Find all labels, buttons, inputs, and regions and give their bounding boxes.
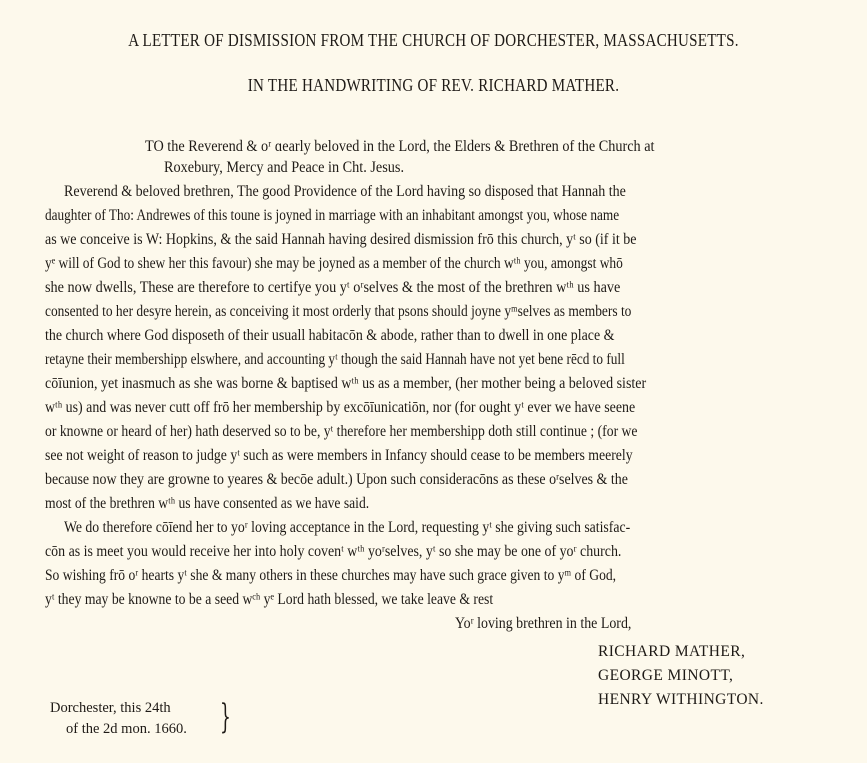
letter-line: she now dwells, These are therefore to c…	[45, 277, 620, 297]
document-subtitle: IN THE HANDWRITING OF REV. RICHARD MATHE…	[61, 75, 807, 96]
letter-line: cōīunion, yet inasmuch as she was borne …	[45, 373, 646, 393]
letter-line: most of the brethren wᵗʰ us have consent…	[45, 493, 369, 513]
letter-line: because now they are growne to yeares & …	[45, 469, 628, 489]
letter-line: TO the Reverend & oʳ ɑearly beloved in t…	[145, 136, 655, 156]
signature-richard-mather: RICHARD MATHER,	[598, 643, 745, 661]
letter-line: or knowne or heard of her) hath deserved…	[45, 421, 638, 441]
letter-line: as we conceive is W: Hopkins, & the said…	[45, 229, 636, 249]
dateline-place: Dorchester, this 24th	[50, 700, 171, 717]
letter-closing: Yoʳ loving brethren in the Lord,	[455, 613, 631, 633]
letter-line: the church where God disposeth of their …	[45, 325, 614, 345]
letter-line: consented to her desyre herein, as conce…	[45, 301, 631, 321]
letter-line: cōn as is meet you would receive her int…	[45, 541, 621, 561]
letter-line: yᵉ will of God to shew her this favour) …	[45, 253, 623, 273]
letter-line: wᵗʰ us) and was never cutt off frō her m…	[45, 397, 635, 417]
letter-line: Roxebury, Mercy and Peace in Cht. Jesus.	[164, 157, 404, 177]
letter-line: yᵗ they may be knowne to be a seed wᶜʰ y…	[45, 589, 493, 609]
brace-glyph: }	[220, 700, 231, 734]
letter-line: So wishing frō oʳ hearts yᵗ she & many o…	[45, 565, 616, 585]
letter-line: daughter of Tho: Andrewes of this toune …	[45, 205, 619, 225]
letter-line: Reverend & beloved brethren, The good Pr…	[64, 181, 626, 201]
signature-george-minott: GEORGE MINOTT,	[598, 667, 733, 685]
signature-henry-withington: HENRY WITHINGTON.	[598, 691, 764, 709]
letter-line: see not weight of reason to judge yᵗ suc…	[45, 445, 633, 465]
dateline-date: of the 2d mon. 1660.	[66, 721, 187, 738]
document-title: A LETTER OF DISMISSION FROM THE CHURCH O…	[61, 30, 807, 51]
letter-line: We do therefore cōīend her to yoʳ loving…	[64, 517, 630, 537]
letter-line: retayne their membershipp elswhere, and …	[45, 349, 625, 369]
